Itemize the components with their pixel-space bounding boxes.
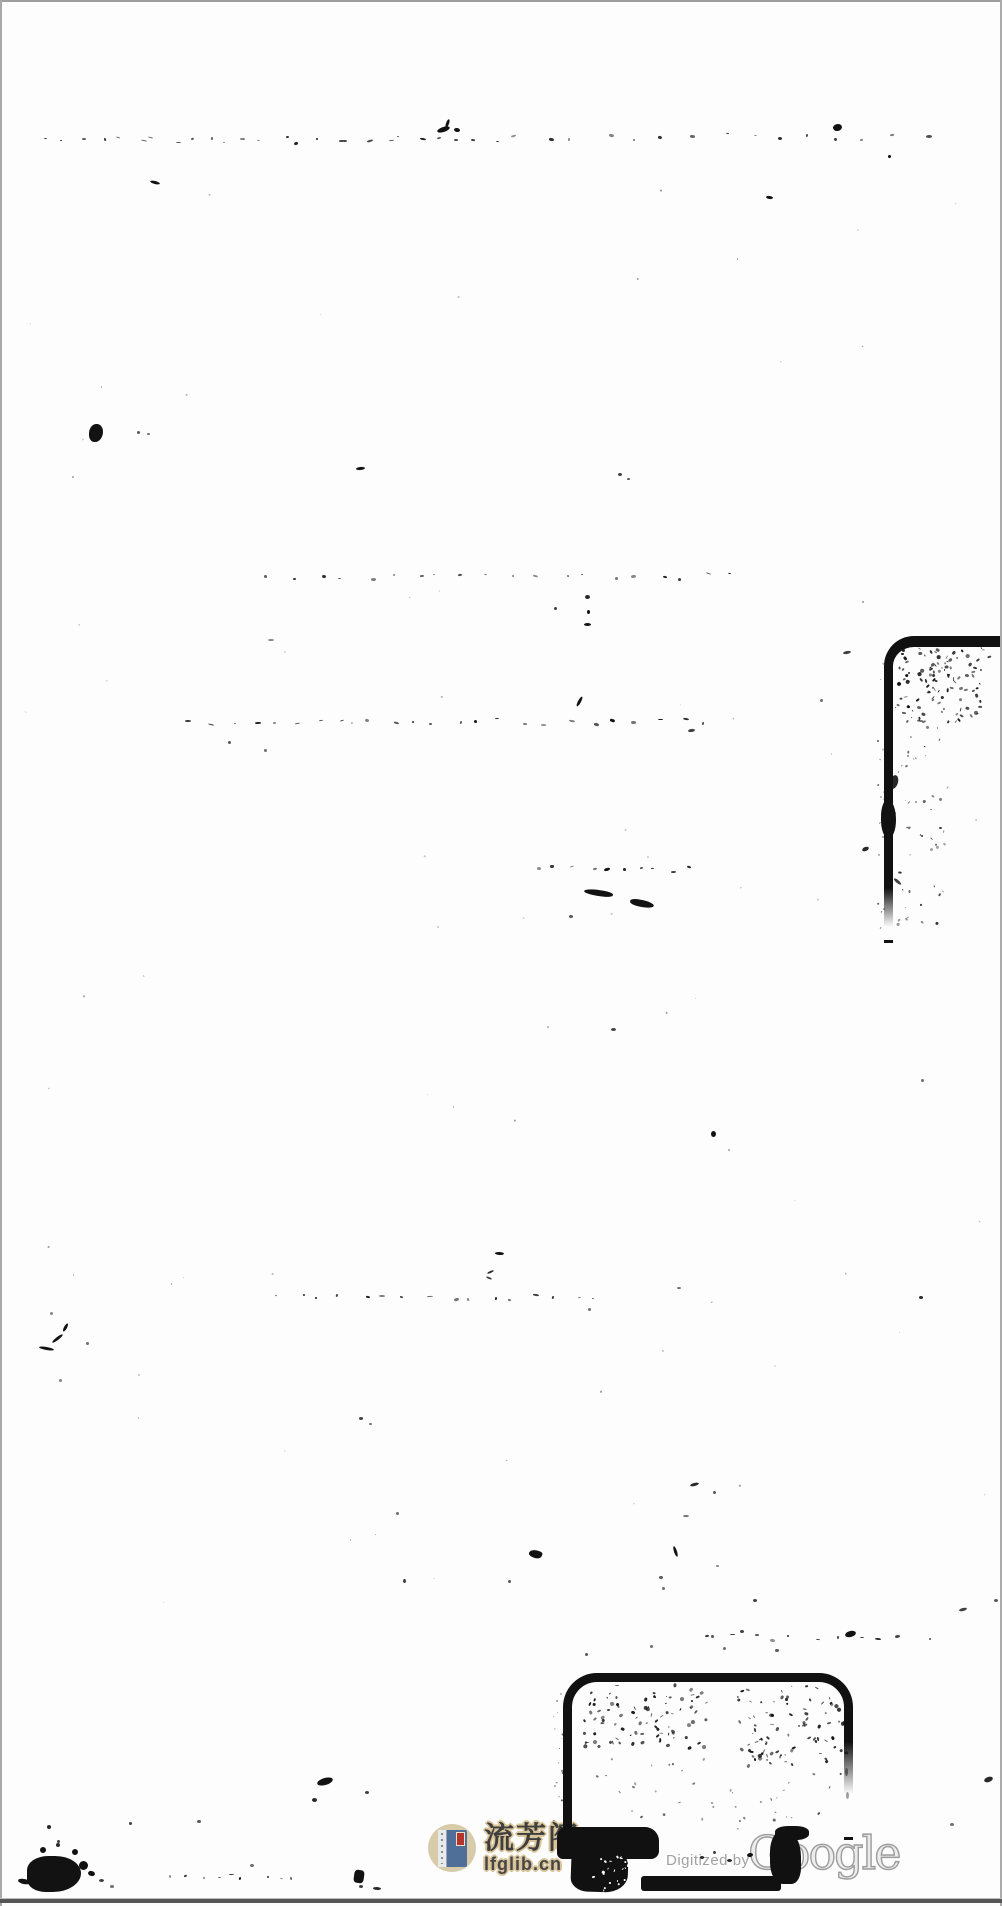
ink-speck xyxy=(663,1813,666,1816)
ink-speck xyxy=(625,829,627,831)
ink-speck xyxy=(701,1745,706,1750)
ink-speck xyxy=(687,1746,692,1751)
ink-speck xyxy=(72,1849,78,1855)
ink-speck xyxy=(860,138,863,141)
ink-speck xyxy=(647,856,649,858)
ink-speck xyxy=(963,689,967,692)
ink-speck xyxy=(659,1738,661,1742)
ink-speck xyxy=(569,915,573,918)
ink-speck xyxy=(780,1690,782,1693)
ink-speck xyxy=(267,1876,269,1878)
ink-speck xyxy=(939,827,942,829)
ink-speck xyxy=(771,1714,774,1717)
ink-speck xyxy=(637,278,639,280)
ink-speck xyxy=(234,722,236,724)
ink-speck xyxy=(954,720,957,723)
ink-speck xyxy=(658,135,663,139)
ink-speck xyxy=(764,1743,767,1746)
ink-speck xyxy=(879,679,881,680)
ink-speck xyxy=(400,1295,403,1297)
ink-speck xyxy=(882,798,884,800)
ink-speck xyxy=(655,1789,658,1792)
ink-speck xyxy=(919,678,924,683)
ink-speck xyxy=(896,681,902,687)
ink-speck xyxy=(844,1709,849,1714)
ink-speck xyxy=(884,738,886,740)
ink-speck xyxy=(627,478,630,480)
ink-speck xyxy=(814,1687,818,1690)
ink-speck xyxy=(87,1870,95,1877)
ink-speck xyxy=(942,843,945,846)
ink-speck xyxy=(667,1763,670,1766)
ink-speck xyxy=(666,1012,668,1014)
ink-speck xyxy=(770,1724,774,1726)
ink-speck xyxy=(740,1690,745,1693)
ink-speck xyxy=(589,1702,592,1706)
ink-speck xyxy=(650,1645,653,1648)
ink-speck xyxy=(631,721,636,724)
ink-speck xyxy=(689,1687,693,1692)
ink-speck xyxy=(280,1878,283,1880)
ink-speck xyxy=(39,1346,54,1352)
ink-speck xyxy=(937,701,942,705)
ink-speck xyxy=(742,1816,746,1820)
ink-speck xyxy=(791,1817,793,1819)
ink-speck xyxy=(815,1740,817,1743)
ink-speck xyxy=(843,650,851,654)
ink-speck xyxy=(320,314,321,315)
ink-speck xyxy=(943,707,946,710)
ink-speck xyxy=(900,765,903,768)
ink-speck xyxy=(737,257,739,259)
ink-speck xyxy=(631,1810,634,1813)
ink-speck xyxy=(47,1825,51,1829)
ink-speck xyxy=(639,867,643,870)
ink-speck xyxy=(905,906,907,908)
ink-speck xyxy=(959,1607,967,1612)
ink-speck xyxy=(730,1789,732,1792)
ink-speck xyxy=(738,1720,742,1724)
ink-speck xyxy=(350,1539,351,1541)
ink-speck xyxy=(779,360,781,362)
ink-speck xyxy=(71,475,73,477)
ink-speck xyxy=(704,1718,707,1721)
ink-speck xyxy=(925,679,928,683)
ink-speck xyxy=(611,1028,616,1031)
ink-speck xyxy=(765,1712,768,1714)
ink-speck xyxy=(780,1695,785,1700)
ink-speck xyxy=(671,871,676,873)
ink-speck xyxy=(116,136,120,138)
ink-speck xyxy=(615,1737,619,1740)
ink-speck xyxy=(62,1323,69,1332)
ink-speck xyxy=(536,866,540,869)
ink-speck xyxy=(780,1754,782,1756)
ink-speck xyxy=(635,1716,638,1719)
ink-speck xyxy=(798,1724,801,1727)
ink-speck xyxy=(877,903,879,906)
ink-speck xyxy=(183,1874,186,1877)
ink-speck xyxy=(78,624,80,626)
ink-speck xyxy=(935,922,939,925)
ink-speck xyxy=(845,1272,847,1274)
ink-speck xyxy=(766,196,773,200)
ink-speck xyxy=(928,1638,930,1640)
ink-speck xyxy=(982,649,985,651)
ink-speck xyxy=(938,893,941,896)
ink-speck xyxy=(968,662,973,667)
ink-speck xyxy=(30,323,32,325)
ink-speck xyxy=(437,136,442,139)
ink-speck xyxy=(627,1863,631,1867)
ink-speck xyxy=(752,1732,754,1734)
ink-speck xyxy=(680,704,682,706)
ink-speck xyxy=(82,138,86,140)
ink-speck xyxy=(895,707,897,709)
ink-speck xyxy=(930,837,933,840)
ink-speck xyxy=(837,1708,842,1713)
ink-speck xyxy=(514,1120,516,1123)
ink-speck xyxy=(839,1749,843,1753)
ink-speck xyxy=(99,1879,104,1882)
ink-speck xyxy=(558,1796,560,1798)
ink-speck xyxy=(983,1776,993,1784)
ink-speck xyxy=(844,1630,856,1638)
ink-speck xyxy=(727,1859,732,1862)
ink-speck xyxy=(921,1079,924,1082)
ink-speck xyxy=(393,574,396,576)
ink-speck xyxy=(294,141,299,145)
ink-speck xyxy=(420,138,426,141)
ink-speck xyxy=(819,1753,822,1754)
ink-speck xyxy=(533,1294,539,1297)
ink-speck xyxy=(960,649,963,652)
ink-speck xyxy=(723,1647,726,1650)
ink-speck xyxy=(578,1297,581,1299)
ink-speck xyxy=(630,898,655,909)
ink-speck xyxy=(788,1782,790,1784)
ink-speck xyxy=(909,891,911,894)
ink-speck xyxy=(907,801,910,804)
ink-speck xyxy=(861,601,864,604)
ink-speck xyxy=(458,574,462,577)
ink-speck xyxy=(830,753,831,755)
ink-speck xyxy=(272,1273,274,1275)
ink-speck xyxy=(138,1374,140,1376)
ink-speck xyxy=(898,871,902,873)
ink-speck xyxy=(805,1685,808,1688)
ink-speck xyxy=(898,919,901,922)
ink-speck xyxy=(697,1741,702,1745)
ink-speck xyxy=(672,1736,674,1738)
ink-speck xyxy=(229,1874,234,1875)
ink-speck xyxy=(183,1277,185,1279)
ink-speck xyxy=(654,1719,659,1724)
ink-speck xyxy=(749,1751,753,1753)
ink-speck xyxy=(295,723,300,725)
ink-speck xyxy=(607,1868,609,1870)
ink-speck xyxy=(924,655,926,657)
ink-speck xyxy=(716,1565,719,1567)
ink-speck xyxy=(615,1685,619,1686)
ink-speck xyxy=(620,1858,623,1860)
ink-speck xyxy=(941,696,945,700)
ink-speck xyxy=(583,1719,586,1723)
ink-speck xyxy=(613,1869,615,1872)
ink-speck xyxy=(862,846,870,852)
ink-speck xyxy=(141,140,147,142)
ink-speck xyxy=(834,138,837,141)
ink-speck xyxy=(774,1365,776,1367)
ink-speck xyxy=(879,927,881,929)
ink-speck xyxy=(660,1732,665,1734)
ink-speck xyxy=(454,1298,460,1302)
ink-speck xyxy=(554,607,557,610)
ink-speck xyxy=(732,1792,733,1794)
ink-speck xyxy=(919,1296,923,1299)
ink-speck xyxy=(903,678,906,681)
ink-speck xyxy=(533,575,538,578)
ink-speck xyxy=(659,1576,663,1579)
ink-speck xyxy=(599,1391,601,1393)
ink-speck xyxy=(952,651,957,656)
ink-speck xyxy=(903,655,908,660)
ink-speck xyxy=(683,1515,689,1517)
ink-speck xyxy=(770,1638,775,1642)
ink-speck xyxy=(926,135,932,138)
ink-speck xyxy=(59,1379,62,1382)
ink-speck xyxy=(338,578,341,579)
ink-speck xyxy=(921,712,926,716)
ink-speck xyxy=(905,674,908,677)
ink-speck xyxy=(319,720,323,722)
ink-speck xyxy=(558,1762,560,1764)
ink-speck xyxy=(570,866,574,868)
ink-speck xyxy=(813,1773,816,1776)
ink-speck xyxy=(79,1861,88,1870)
ink-speck xyxy=(373,1887,381,1891)
ink-speck xyxy=(903,696,907,698)
ink-speck xyxy=(695,1696,700,1699)
ink-speck xyxy=(897,771,899,773)
ink-speck xyxy=(371,578,376,581)
ink-speck xyxy=(950,1823,954,1826)
ink-speck xyxy=(614,1722,617,1725)
ink-speck xyxy=(923,800,927,804)
ink-speck xyxy=(920,668,925,673)
scan-noise-layer xyxy=(0,0,1002,1906)
ink-speck xyxy=(667,1733,668,1736)
ink-speck xyxy=(878,759,880,761)
ink-speck xyxy=(754,1741,758,1743)
ink-speck xyxy=(171,1283,173,1285)
ink-speck xyxy=(585,595,590,599)
ink-speck xyxy=(831,1736,836,1741)
ink-speck xyxy=(902,711,907,713)
ink-speck xyxy=(945,666,949,669)
ink-speck xyxy=(202,1877,204,1879)
ink-speck xyxy=(228,741,231,744)
ink-speck xyxy=(169,1875,171,1878)
ink-speck xyxy=(694,1710,698,1714)
ink-speck xyxy=(644,1697,648,1701)
ink-speck xyxy=(209,194,211,196)
ink-speck xyxy=(264,749,267,752)
ink-speck xyxy=(616,1855,619,1859)
ink-speck xyxy=(508,1580,511,1583)
ink-speck xyxy=(359,1417,363,1420)
ink-speck xyxy=(336,1294,339,1297)
ink-speck xyxy=(561,1770,563,1772)
ink-speck xyxy=(979,1221,981,1223)
ink-speck xyxy=(817,1737,820,1741)
ink-speck xyxy=(701,1818,703,1821)
ink-speck xyxy=(890,133,895,135)
ink-speck xyxy=(759,1701,762,1704)
ink-speck xyxy=(691,1720,696,1724)
ink-speck xyxy=(766,1736,770,1740)
ink-speck xyxy=(956,676,960,680)
ink-speck xyxy=(89,424,103,442)
ink-speck xyxy=(433,1578,435,1580)
ink-speck xyxy=(860,1637,864,1638)
ink-speck xyxy=(692,1782,695,1785)
ink-speck xyxy=(845,1722,849,1724)
ink-speck xyxy=(218,1877,221,1878)
ink-speck xyxy=(560,1827,562,1829)
ink-speck xyxy=(605,1775,607,1776)
ink-speck xyxy=(964,674,968,678)
ink-speck xyxy=(553,1819,555,1821)
ink-speck xyxy=(790,1762,793,1765)
ink-speck xyxy=(645,1722,647,1724)
ink-speck xyxy=(846,1725,850,1728)
ink-speck xyxy=(934,651,937,654)
ink-speck xyxy=(882,663,884,665)
ink-speck xyxy=(775,1811,777,1813)
ink-speck xyxy=(809,1698,812,1701)
ink-speck xyxy=(971,690,974,693)
ink-speck xyxy=(911,716,913,718)
ink-speck xyxy=(56,1843,60,1847)
ink-speck xyxy=(103,138,106,141)
ink-speck xyxy=(623,868,626,871)
ink-speck xyxy=(786,1816,788,1818)
ink-speck xyxy=(946,786,949,789)
ink-speck xyxy=(784,1753,786,1756)
ink-speck xyxy=(559,1748,560,1750)
ink-speck xyxy=(185,394,188,396)
ink-speck xyxy=(50,1312,53,1315)
ink-speck xyxy=(507,1298,510,1301)
ink-speck xyxy=(581,574,583,576)
ink-speck xyxy=(593,1716,597,1720)
ink-speck xyxy=(955,712,959,716)
ink-speck xyxy=(454,128,461,133)
ink-speck xyxy=(846,1792,849,1799)
ink-speck xyxy=(753,1728,756,1733)
ink-speck xyxy=(458,296,460,299)
ink-speck xyxy=(882,836,885,838)
ink-speck xyxy=(759,1800,761,1803)
ink-speck xyxy=(185,720,191,722)
ink-speck xyxy=(663,576,667,579)
ink-speck xyxy=(150,180,160,185)
ink-speck xyxy=(356,467,365,471)
ink-speck xyxy=(965,653,970,658)
ink-speck xyxy=(845,1768,848,1776)
ink-speck xyxy=(817,1724,821,1729)
ink-speck xyxy=(817,1811,820,1814)
ink-speck xyxy=(561,1799,564,1801)
ink-speck xyxy=(603,1890,604,1892)
ink-speck xyxy=(837,1636,839,1639)
ink-speck xyxy=(240,138,245,140)
ink-speck xyxy=(550,865,554,868)
ink-speck xyxy=(211,137,213,140)
ink-speck xyxy=(787,1635,789,1638)
ink-speck xyxy=(547,1025,550,1028)
ink-speck xyxy=(403,1579,406,1583)
ink-speck xyxy=(604,1887,606,1889)
ink-speck xyxy=(638,1721,642,1726)
ink-speck xyxy=(931,794,934,797)
ink-speck xyxy=(792,1746,796,1749)
ink-speck xyxy=(596,1775,599,1778)
ink-speck xyxy=(592,867,596,870)
ink-speck xyxy=(610,718,615,722)
ink-speck xyxy=(197,1820,201,1823)
ink-speck xyxy=(555,1782,557,1784)
ink-speck xyxy=(695,998,697,1000)
ink-speck xyxy=(832,123,842,132)
ink-speck xyxy=(600,1722,605,1724)
ink-speck xyxy=(898,667,900,670)
ink-speck xyxy=(584,623,591,626)
ink-speck xyxy=(239,1877,242,1880)
ink-speck xyxy=(110,1885,114,1888)
ink-speck xyxy=(561,1772,564,1774)
ink-speck xyxy=(316,1776,333,1787)
ink-speck xyxy=(899,1332,900,1333)
ink-speck xyxy=(609,1882,611,1884)
ink-speck xyxy=(25,710,27,712)
ink-speck xyxy=(786,1703,788,1705)
ink-speck xyxy=(60,140,62,142)
ink-speck xyxy=(775,1649,779,1652)
ink-speck xyxy=(906,720,909,723)
ink-speck xyxy=(624,1867,626,1869)
ink-speck xyxy=(958,697,962,701)
ink-speck xyxy=(606,1696,608,1698)
ink-speck xyxy=(486,1276,492,1280)
ink-speck xyxy=(896,923,900,926)
ink-speck xyxy=(631,1786,634,1789)
ink-speck xyxy=(915,801,918,804)
ink-speck xyxy=(711,1301,713,1303)
ink-speck xyxy=(906,679,911,684)
ink-speck xyxy=(554,1728,556,1730)
ink-speck xyxy=(937,670,941,674)
ink-speck xyxy=(753,1599,757,1602)
ink-speck xyxy=(634,1706,637,1710)
ink-speck xyxy=(560,1737,562,1739)
ink-speck xyxy=(899,697,903,700)
ink-speck xyxy=(554,1823,556,1825)
ink-speck xyxy=(631,1741,635,1746)
ink-speck xyxy=(624,1861,627,1863)
ink-speck xyxy=(875,1637,881,1639)
